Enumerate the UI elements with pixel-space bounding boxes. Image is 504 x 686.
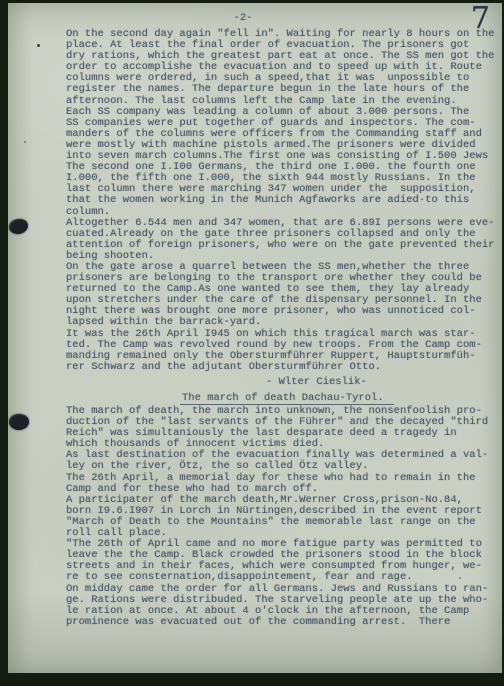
section-heading-text: The march of death Dachau-Tyrol. bbox=[180, 393, 394, 405]
text-line: lapsed within the barrack-yard. bbox=[66, 317, 504, 328]
text-line: ley on the river, Ötz, the so called Ötz… bbox=[66, 461, 504, 472]
text-line: column. bbox=[66, 207, 504, 218]
paper-sheet: -2- 7 On the second day again "fell in".… bbox=[8, 3, 502, 673]
paragraph-block-1: On the second day again "fell in". Waiti… bbox=[66, 29, 504, 373]
typewritten-text-column: On the second day again "fell in". Waiti… bbox=[66, 29, 504, 628]
signature-line: - Wlter Cieslik- bbox=[66, 377, 504, 388]
text-line: afternoon. The last columns left the Cam… bbox=[66, 96, 504, 107]
paper-speck bbox=[459, 577, 461, 579]
paper-speck bbox=[24, 141, 26, 143]
text-line: It was the 26th April I945 on which this… bbox=[66, 329, 504, 340]
scanned-page: -2- 7 On the second day again "fell in".… bbox=[0, 0, 504, 686]
text-line: that the women working in the Munich Agf… bbox=[66, 195, 504, 206]
paragraph-block-2: The march of death, the march into unkno… bbox=[66, 406, 504, 628]
paper-speck bbox=[37, 44, 40, 47]
text-line: rer Schwarz and the adjutant Obersturmfü… bbox=[66, 362, 504, 373]
page-number-header: -2- bbox=[8, 12, 478, 24]
text-line: re to see consternation,disappointement,… bbox=[66, 572, 504, 583]
text-line: register the names. The departure begun … bbox=[66, 84, 504, 95]
text-line: prominence was evacuated out of the comm… bbox=[66, 617, 504, 628]
text-line: On midday came the order for all Germans… bbox=[66, 584, 504, 595]
text-line: The 26th April, a memorial day for these… bbox=[66, 473, 504, 484]
